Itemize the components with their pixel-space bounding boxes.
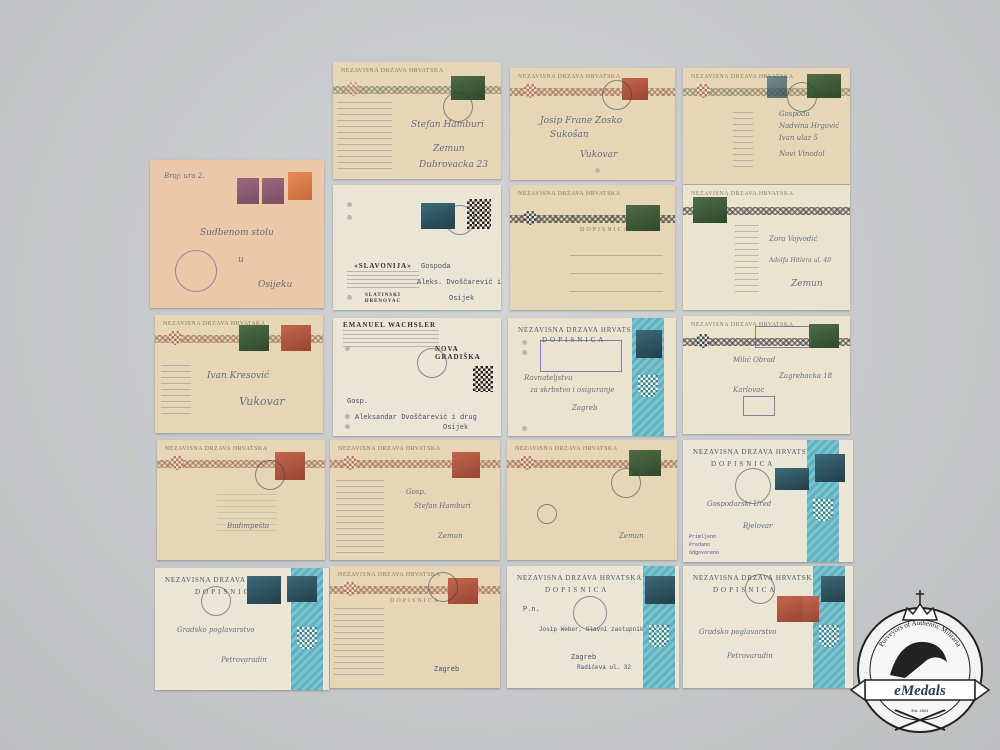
croatian-shield-icon (649, 625, 669, 647)
postcard: NEZAVISNA DRZAVA HRVATSKA Zemun (507, 440, 677, 560)
address-line: Adolfa Hitlera ul. 40 (769, 257, 831, 264)
postcard: NEZAVISNA DRZAVA HRVATSKA DOPISNICA Gosp… (683, 440, 853, 562)
stamp (809, 324, 839, 348)
company-letterhead: «SLAVONIJA» SLATINSKI DRENOVAC (347, 263, 419, 305)
handwritten-message (161, 365, 191, 415)
handwritten-message (733, 112, 753, 172)
receipt-stamp (540, 340, 622, 372)
stamp (237, 178, 259, 204)
postcard: EMANUEL WACHSLER NOVA GRADIŠKA Gosp. Ale… (333, 318, 501, 436)
address-line (570, 273, 663, 274)
stamp (452, 452, 480, 478)
card-header: NEZAVISNA DRZAVA (165, 576, 246, 584)
street: Dubrovacka 23 (419, 160, 488, 170)
punch-hole (522, 350, 527, 355)
card-header: NEZAVISNA DRZAVA HRVATSKA (518, 74, 621, 81)
recipient-title: Gospoda (421, 263, 450, 271)
stamp (645, 576, 675, 604)
city: Bjelovar (743, 522, 772, 530)
card-header: NEZAVISNA DRZAVA HRVATSKA (338, 572, 441, 579)
postcard: NEZAVISNA DRZAVA HRVATSKA DOPISNICA P.n.… (507, 566, 679, 688)
envelope: Broj: ura 2. Sudbenom stolu u Osijeku (150, 160, 324, 308)
city: Zagreb (572, 404, 598, 412)
handwritten-message (336, 480, 384, 555)
postcard: NEZAVISNA DRZAVA HRVATSKA Milić Obrad Za… (683, 316, 850, 434)
stamp (239, 325, 269, 351)
card-title: DOPISNICA (390, 598, 440, 605)
emedals-wordmark: eMedals (894, 683, 946, 699)
croatian-shield-icon (819, 625, 839, 647)
address-line: za skrbstvo i osiguranje (530, 386, 614, 394)
postmark (428, 572, 458, 602)
city: Vukovar (580, 150, 617, 160)
card-header: NEZAVISNA DRZAVA HRVATSKA (165, 446, 268, 453)
stamp (821, 576, 845, 602)
stamp (262, 178, 284, 204)
city: Karlovac (733, 386, 764, 394)
city: Zagreb (434, 666, 459, 674)
card-header: NEZAVISNA DRZAVA HRVATSKA (341, 68, 444, 75)
addressee: Milić Obrad (733, 356, 775, 364)
addressee: Gospodarski Ured (707, 500, 771, 508)
postmark (537, 504, 557, 524)
punch-hole (347, 202, 352, 207)
handwritten-message (217, 494, 277, 534)
address-line: Ivan ulaz 5 (779, 134, 818, 142)
stamp (247, 576, 281, 604)
stamp (777, 596, 803, 622)
postmark (745, 574, 775, 604)
postmark (255, 460, 285, 490)
stamp (288, 172, 312, 200)
salutation: P.n. (523, 606, 540, 614)
city: Vukovar (239, 395, 285, 408)
city: Osijek (449, 295, 474, 303)
postmark (443, 92, 473, 122)
address-line (570, 291, 663, 292)
card-header: NEZAVISNA DRZAVA HRVATSKA (338, 446, 441, 453)
croatian-shield-icon (813, 499, 833, 521)
postcard: NEZAVISNA DRZAVA HRVATSKA Zora Vojvodić … (683, 185, 850, 310)
card-header: NEZAVISNA DRZAVA HRVATSKA (518, 191, 621, 198)
postcard: NEZAVISNA DRZAVA HRVATSKA Gosp. Stefan H… (330, 440, 500, 560)
postcard: NEZAVISNA DRZAVA HRVATSKA DOPISNICA (510, 185, 675, 310)
receipt-stamp (743, 396, 775, 416)
postcard: NEZAVISNA DRZAVA HRVATSKA DOPISNICA Grad… (683, 566, 853, 688)
stamp (281, 325, 311, 351)
handwritten-message (337, 102, 392, 174)
handwritten-message (735, 225, 759, 295)
card-title: DOPISNICA (580, 227, 630, 234)
postmark (445, 205, 475, 235)
postcard: NEZAVISNA DRZAVA HRVATSKA Stefan Hamburi… (333, 62, 501, 179)
postmark (573, 596, 607, 630)
stamp (287, 576, 317, 602)
croatian-shield-icon (697, 84, 709, 98)
addressee: Stefan Hamburi (414, 502, 471, 510)
addressee: Ivan Kresović (207, 371, 269, 381)
emedals-est: Est. 2001 (912, 708, 930, 713)
stamp (693, 197, 727, 223)
postmark (201, 586, 231, 616)
form-label: Predano (689, 542, 710, 548)
postmark (611, 468, 641, 498)
salutation: Gosp. (347, 398, 368, 406)
postmark (417, 348, 447, 378)
address-line: Zagrebacka 18 (779, 372, 832, 380)
postmark (602, 80, 632, 110)
company-letterhead: EMANUEL WACHSLER (343, 322, 439, 348)
addressee: Josip Frane Zosko (540, 116, 622, 126)
envelope-note: Broj: ura 2. (164, 172, 204, 180)
card-header: NEZAVISNA DRZAVA HRVATSKA (517, 574, 642, 582)
city: Zemun (433, 144, 465, 154)
recipient: Aleks. Dvoščarević i dr., (417, 279, 501, 287)
address-line: Sukošan (550, 130, 589, 140)
envelope-mid: u (238, 255, 244, 265)
addressee: Ravnateljstvu (524, 374, 572, 382)
form-label: Odgovoreno (689, 550, 719, 556)
stamp (767, 76, 787, 98)
postcard: NEZAVISNA DRZAVA HRVATSKA Josip Frane Zo… (510, 68, 675, 180)
postmark (787, 82, 817, 112)
company-name: «SLAVONIJA» (347, 263, 419, 269)
croatian-shield-icon (297, 627, 317, 649)
addressee: Stefan Hamburi (411, 120, 484, 130)
handwritten-message (334, 608, 384, 680)
city: Osijek (443, 424, 468, 432)
salutation: Gosp. (406, 488, 426, 496)
card-title: DOPISNICA (711, 460, 775, 468)
city: Petrovaradin (727, 652, 773, 660)
card-header: NEZAVISNA DRZAVA HRVATSKA (693, 448, 818, 456)
postcard: «SLAVONIJA» SLATINSKI DRENOVAC Gospoda A… (333, 185, 501, 310)
recipient: Aleksandar Dvoščarević i drug (355, 414, 477, 422)
city: Zagreb (571, 654, 596, 662)
stamp (636, 330, 662, 358)
envelope-addressee: Sudbenom stolu (200, 228, 274, 238)
punch-hole (347, 215, 352, 220)
croatian-shield-icon (344, 582, 356, 596)
stamp (626, 205, 660, 231)
postcard: NEZAVISNA DRZAVA HRVATSKA Budimpešta (157, 440, 325, 560)
postcard: NEZAVISNA DRZAVA HRVATSKA Ivan Kresović … (155, 315, 323, 433)
postcard: NEZAVISNA DRZAVA DOPISNICA Gradsko pogla… (155, 568, 329, 690)
croatian-shield-icon (638, 375, 658, 397)
croatian-shield-icon (169, 331, 181, 345)
punch-hole (522, 426, 527, 431)
stamp (815, 454, 845, 482)
city: Zemun (791, 279, 823, 289)
card-header: NEZAVISNA DRZAVA HRVATSKA (518, 326, 643, 334)
company-name: EMANUEL WACHSLER (343, 322, 439, 328)
card-header: NEZAVISNA DRZAVA HRVATSKA (515, 446, 618, 453)
official-seal (175, 250, 217, 292)
city: Zemun (619, 532, 644, 540)
punch-hole (595, 168, 600, 173)
punch-hole (345, 414, 350, 419)
croatian-shield-icon (524, 84, 536, 98)
stamp (473, 366, 493, 392)
postcard: NEZAVISNA DRZAVA HRVATSKA DOPISNICA Zagr… (330, 566, 500, 688)
postmark (735, 468, 771, 504)
croatian-shield-icon (524, 211, 536, 225)
punch-hole (345, 424, 350, 429)
postcard: NEZAVISNA DRZAVA HRVATSKA DOPISNICA Ravn… (508, 318, 676, 436)
croatian-shield-icon (697, 334, 709, 348)
addressee: Gradsko poglavarstvo (177, 626, 255, 634)
envelope-city: Osijeku (258, 280, 292, 290)
postcard: NEZAVISNA DRZAVA HRVATSKA Gospođa Nadvin… (683, 68, 850, 184)
emedals-watermark-logo: eMedals Est. 2001 Purveyors of Authentic… (845, 580, 995, 745)
city: Petrovaradin (221, 656, 267, 664)
addressee: Josip Weber, Glavni zastupnik (539, 626, 643, 633)
croatian-shield-icon (347, 82, 359, 96)
card-title: DOPISNICA (545, 586, 609, 594)
form-label: Primljeno (689, 534, 716, 540)
company-city: SLATINSKI DRENOVAC (347, 293, 419, 305)
stamp (775, 468, 809, 490)
salutation: Gospođa (779, 110, 810, 118)
receipt-stamp (755, 326, 811, 348)
punch-hole (345, 346, 350, 351)
punch-hole (522, 340, 527, 345)
street: Radićeva ul. 32 (577, 664, 631, 671)
croatian-shield-icon (521, 456, 533, 470)
city: Novi Vinodol (779, 150, 825, 158)
addressee: Zora Vojvodić (769, 235, 817, 243)
addressee: Gradsko poglavarstvo (699, 628, 777, 636)
address-line (570, 255, 663, 256)
stamp (803, 596, 819, 622)
city: Zemun (438, 532, 463, 540)
croatian-shield-icon (344, 456, 356, 470)
croatian-shield-icon (171, 456, 183, 470)
addressee: Nadvina Hrgović (779, 122, 839, 130)
